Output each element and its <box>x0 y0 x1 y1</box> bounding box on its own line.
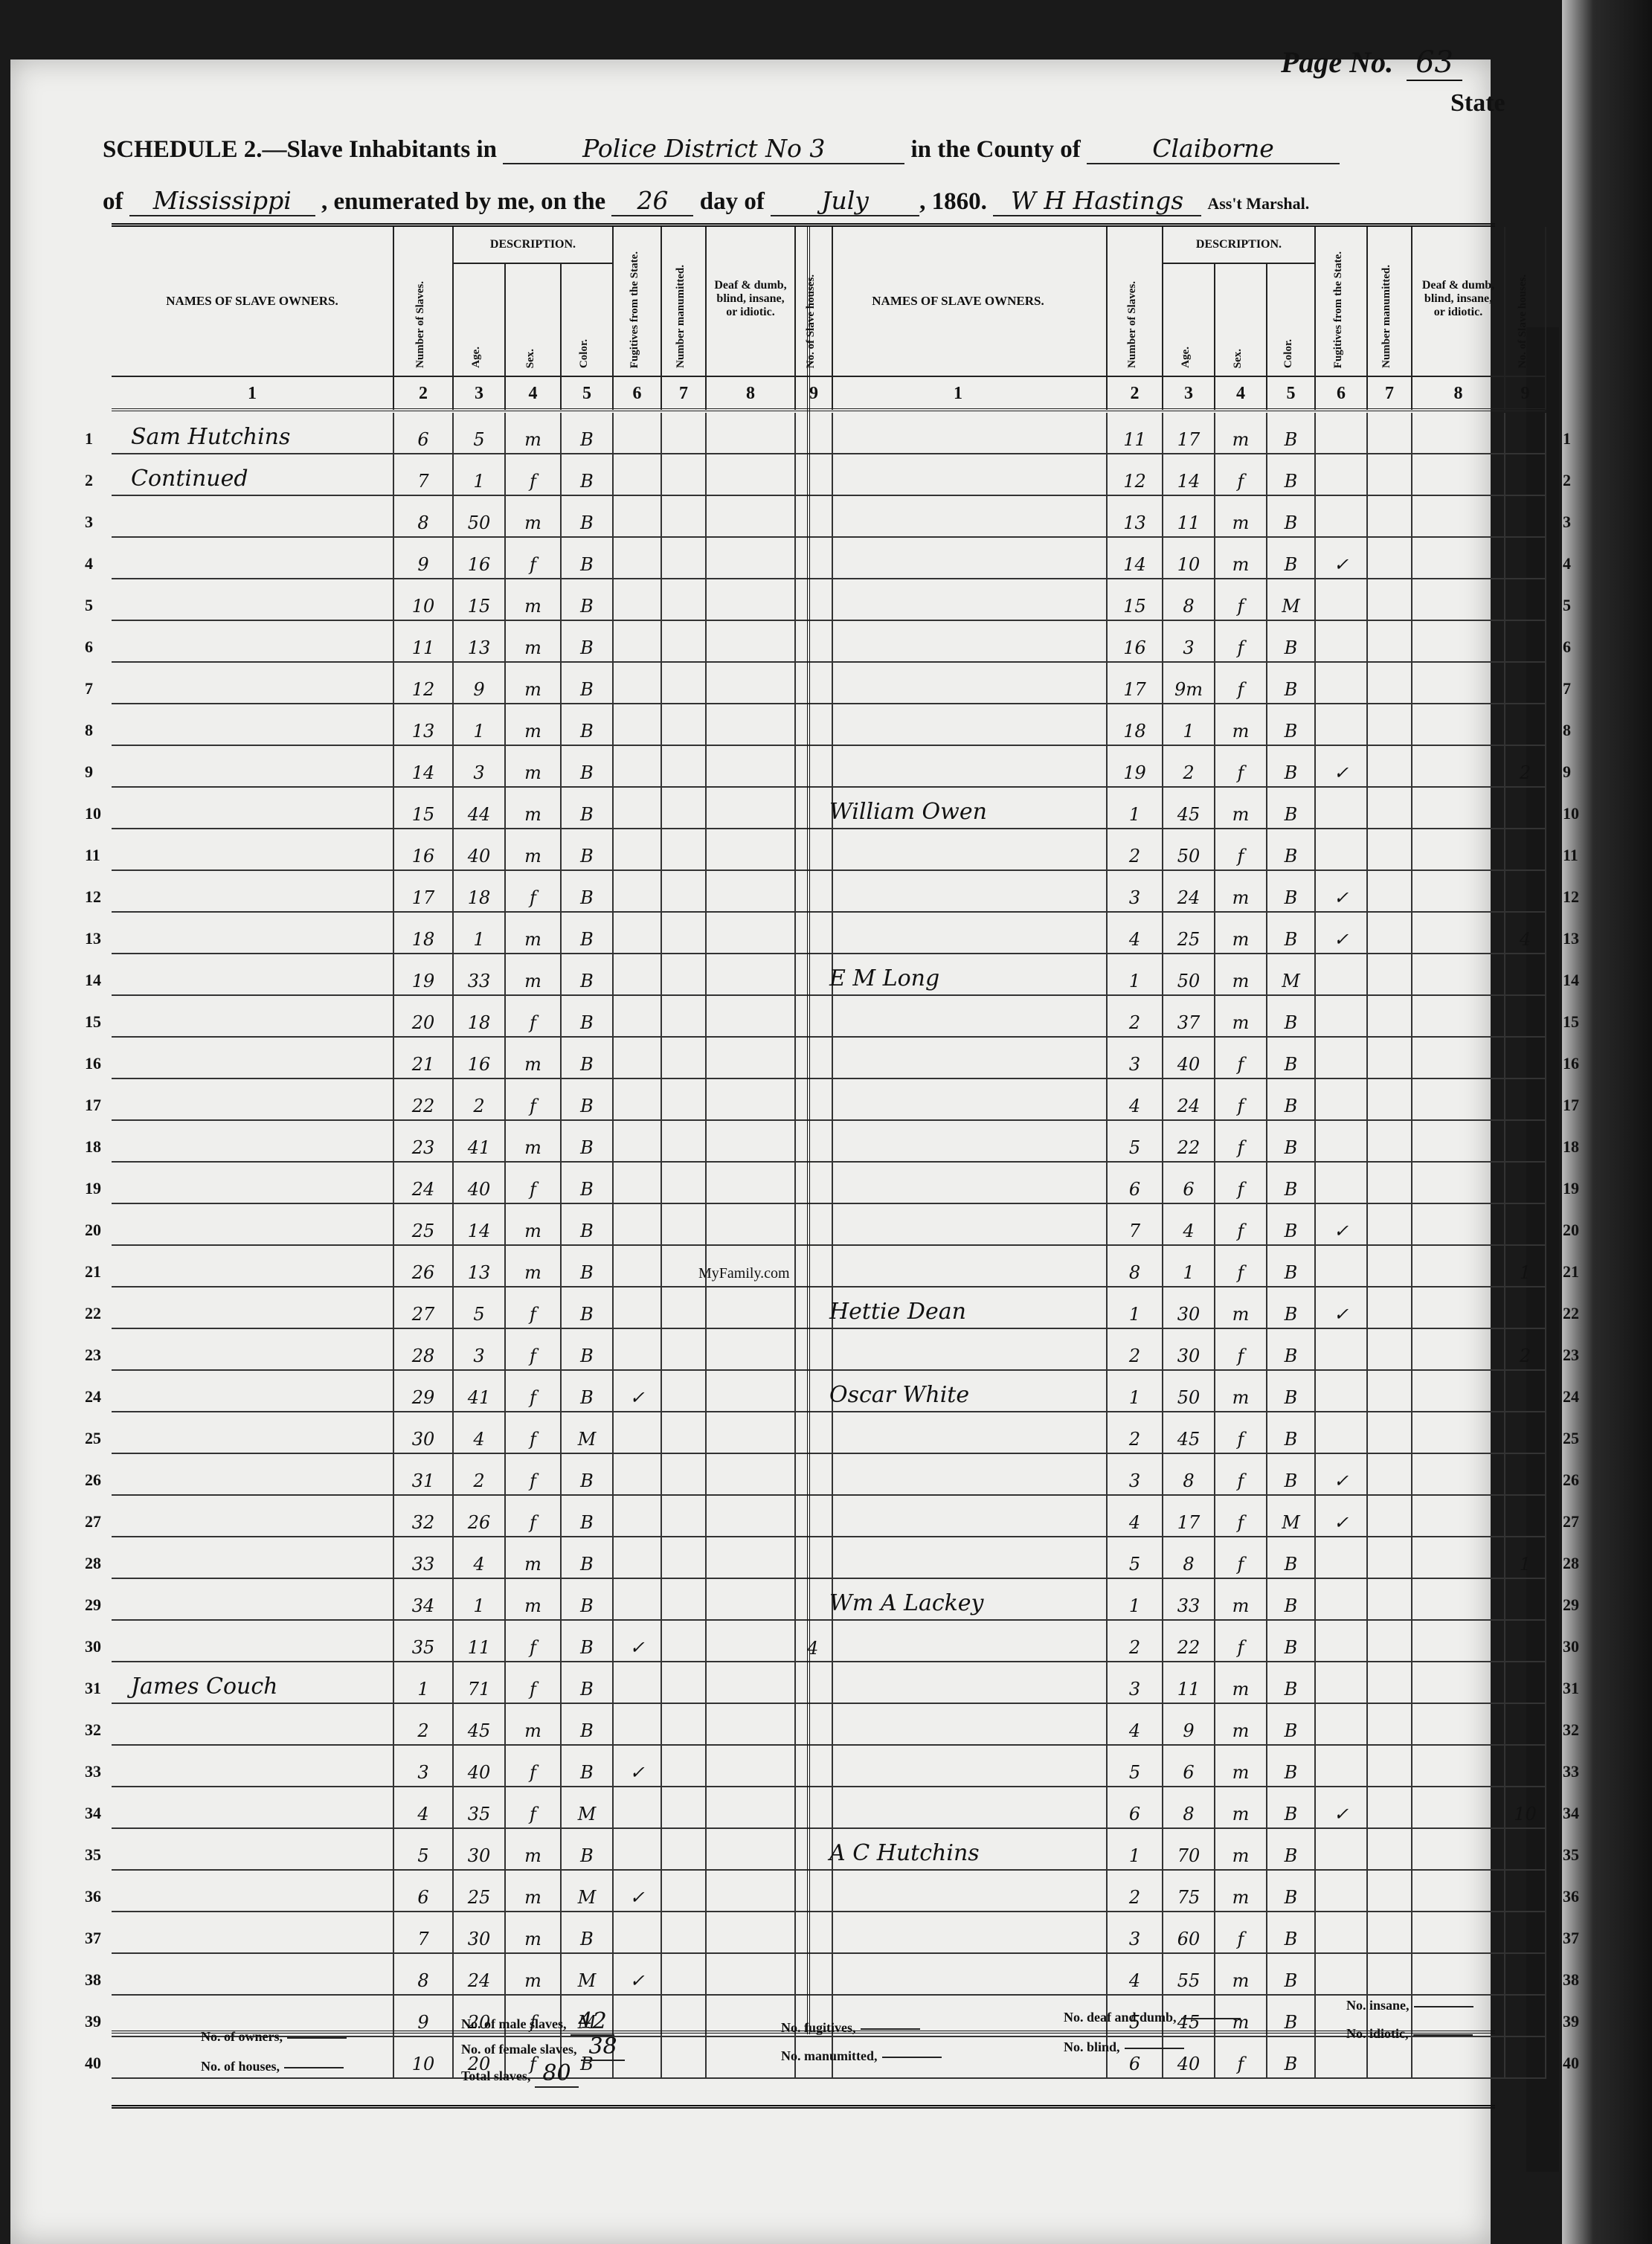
line-number: 40 <box>1563 2054 1579 2073</box>
cell-num: 4 <box>1108 1704 1163 1744</box>
column-header-label: Fugitives from the State. <box>1332 251 1345 368</box>
cell-age: 60 <box>1163 1912 1215 1952</box>
line-number: 10 <box>1563 804 1579 823</box>
line-number: 6 <box>1563 637 1571 657</box>
cell-fug <box>1316 1579 1368 1619</box>
cell-age: 3 <box>454 1329 506 1369</box>
table-row: 850mB <box>112 496 833 538</box>
line-number: 25 <box>85 1429 101 1448</box>
column-header-label: Age. <box>1180 347 1192 368</box>
cell-age: 4 <box>1163 1204 1215 1244</box>
cell-fug <box>614 663 662 703</box>
line-number: 20 <box>85 1221 101 1240</box>
insane-value <box>1414 2006 1473 2007</box>
line-number: 14 <box>1563 971 1579 990</box>
cell-deaf <box>707 746 796 786</box>
cell-fug <box>614 1579 662 1619</box>
cell-sex: f <box>1215 1121 1267 1161</box>
table-row: A C Hutchins170mB <box>810 1829 1546 1871</box>
cell-deaf <box>1412 746 1505 786</box>
cell-num: 1 <box>1108 1829 1163 1869</box>
cell-manu <box>1368 1787 1412 1827</box>
cell-manu <box>1368 788 1412 828</box>
cell-owner <box>810 1496 1108 1536</box>
cell-age: 40 <box>1163 1038 1215 1078</box>
cell-fug <box>1316 663 1368 703</box>
cell-owner <box>810 1121 1108 1161</box>
cell-fug: ✓ <box>1316 913 1368 953</box>
cell-owner <box>810 746 1108 786</box>
cell-deaf <box>1412 954 1505 994</box>
cell-houses <box>1505 1704 1546 1744</box>
table-row: 3226fB <box>112 1496 833 1537</box>
margin-note: 4 <box>807 1638 818 1659</box>
deaf-label: No. deaf and dumb, <box>1064 2010 1177 2025</box>
cell-owner: Oscar White <box>810 1371 1108 1411</box>
cell-color: B <box>562 1579 614 1619</box>
blind-value <box>1125 2048 1184 2049</box>
cell-manu <box>662 1787 707 1827</box>
line-number: 16 <box>85 1054 101 1073</box>
cell-deaf <box>1412 1038 1505 1078</box>
cell-fug <box>1316 1121 1368 1161</box>
cell-sex: f <box>1215 454 1267 495</box>
cell-fug <box>614 579 662 620</box>
cell-deaf <box>707 1287 796 1328</box>
cell-num: 27 <box>394 1287 454 1328</box>
cell-fug <box>614 1204 662 1244</box>
cell-houses <box>1505 2037 1546 2077</box>
cell-num: 5 <box>1108 1537 1163 1578</box>
cell-houses <box>1505 1912 1546 1952</box>
column-number: 1 <box>810 377 1108 410</box>
cell-num: 8 <box>394 496 454 536</box>
line-number: 21 <box>85 1262 101 1282</box>
cell-houses <box>1505 1621 1546 1661</box>
column-header-label: Sex. <box>524 349 537 368</box>
cell-fug: ✓ <box>1316 1454 1368 1494</box>
cell-owner <box>112 496 394 536</box>
cell-age: 50 <box>1163 829 1215 869</box>
cell-owner <box>112 788 394 828</box>
column-header-manumitted: Number manumitted. <box>662 227 707 376</box>
column-header-label: Fugitives from the State. <box>629 251 641 368</box>
cell-manu <box>1368 1454 1412 1494</box>
line-number: 35 <box>1563 1845 1579 1865</box>
marshal-field: W H Hastings <box>993 186 1201 216</box>
line-number: 22 <box>1563 1304 1579 1323</box>
cell-color: B <box>1267 871 1316 911</box>
cell-fug <box>1316 996 1368 1036</box>
cell-color: B <box>1267 829 1316 869</box>
cell-num: 2 <box>1108 1412 1163 1453</box>
cell-age: 11 <box>454 1621 506 1661</box>
cell-age: 50 <box>1163 954 1215 994</box>
cell-fug <box>614 1662 662 1703</box>
cell-deaf <box>707 1371 796 1411</box>
cell-num: 6 <box>1108 1787 1163 1827</box>
cell-sex: m <box>506 788 562 828</box>
cell-deaf <box>1412 579 1505 620</box>
cell-color: B <box>562 1163 614 1203</box>
cell-sex: f <box>506 1496 562 1536</box>
cell-num: 20 <box>394 996 454 1036</box>
cell-deaf <box>1412 1787 1505 1827</box>
cell-sex: m <box>506 663 562 703</box>
cell-houses <box>1505 1412 1546 1453</box>
cell-owner <box>112 996 394 1036</box>
line-number: 15 <box>85 1012 101 1032</box>
cell-deaf <box>707 1537 796 1578</box>
total-value: 80 <box>535 2060 578 2088</box>
cell-num: 34 <box>394 1579 454 1619</box>
cell-num: 7 <box>394 454 454 495</box>
deaf-value <box>1181 2018 1241 2019</box>
cell-sex: f <box>506 1371 562 1411</box>
cell-age: 8 <box>1163 1787 1215 1827</box>
cell-deaf <box>1412 1329 1505 1369</box>
column-header-deaf: Deaf & dumb, blind, insane, or idiotic. <box>1412 227 1505 376</box>
cell-deaf <box>1412 1287 1505 1328</box>
idiotic-value <box>1413 2034 1473 2036</box>
cell-manu <box>1368 1496 1412 1536</box>
cell-manu <box>1368 1579 1412 1619</box>
cell-manu <box>1368 1621 1412 1661</box>
cell-color: B <box>1267 704 1316 745</box>
cell-age: 71 <box>454 1662 506 1703</box>
column-number: 1 <box>112 377 394 410</box>
line-number: 37 <box>85 1929 101 1948</box>
cell-owner <box>112 1454 394 1494</box>
cell-sex: m <box>506 704 562 745</box>
line-number: 30 <box>1563 1637 1579 1656</box>
table-row: 49mB <box>810 1704 1546 1746</box>
cell-manu <box>1368 1912 1412 1952</box>
cell-fug <box>614 1163 662 1203</box>
cell-manu <box>1368 1371 1412 1411</box>
cell-manu <box>662 413 707 453</box>
table-row: 304fM <box>112 1412 833 1454</box>
cell-deaf <box>1412 496 1505 536</box>
column-header-label: Deaf & dumb, blind, insane, or idiotic. <box>1418 279 1498 319</box>
cell-houses: 1 <box>1505 1537 1546 1578</box>
table-row: 245fB <box>810 1412 1546 1454</box>
cell-fug <box>614 538 662 578</box>
cell-owner <box>112 579 394 620</box>
cell-age: 1 <box>454 704 506 745</box>
cell-num: 19 <box>394 954 454 994</box>
cell-age: 9 <box>454 663 506 703</box>
cell-owner <box>112 1496 394 1536</box>
line-number: 26 <box>85 1470 101 1490</box>
cell-sex: f <box>1215 1329 1267 1369</box>
table-row: 250fB <box>810 829 1546 871</box>
cell-fug <box>1316 1371 1368 1411</box>
cell-manu <box>1368 746 1412 786</box>
cell-num: 6 <box>394 1871 454 1911</box>
cell-color: M <box>1267 954 1316 994</box>
line-number: 35 <box>85 1845 101 1865</box>
line-number: 32 <box>85 1720 101 1740</box>
cell-houses <box>1505 1079 1546 1119</box>
table-row: Hettie Dean130mB✓ <box>810 1287 1546 1329</box>
cell-sex: m <box>1215 913 1267 953</box>
line-number: 28 <box>85 1554 101 1573</box>
table-row: 2116mB <box>112 1038 833 1079</box>
table-row: 2941fB✓ <box>112 1371 833 1412</box>
column-header-color: Color. <box>562 264 614 376</box>
cell-owner <box>810 704 1108 745</box>
column-header-sex: Sex. <box>506 264 562 376</box>
line-number: 17 <box>85 1096 101 1115</box>
cell-age: 18 <box>454 871 506 911</box>
cell-fug <box>1316 621 1368 661</box>
cell-color: B <box>562 1038 614 1078</box>
cell-color: B <box>1267 1204 1316 1244</box>
of-label: of <box>103 188 123 215</box>
cell-age: 6 <box>1163 1746 1215 1786</box>
total-label: Total slaves, <box>461 2068 530 2083</box>
cell-color: B <box>1267 1121 1316 1161</box>
cell-deaf <box>707 1787 796 1827</box>
cell-age: 40 <box>454 1163 506 1203</box>
line-number: 12 <box>85 887 101 907</box>
cell-fug <box>1316 788 1368 828</box>
cell-manu <box>1368 454 1412 495</box>
cell-fug <box>614 1454 662 1494</box>
cell-manu <box>1368 1704 1412 1744</box>
cell-houses <box>1505 1954 1546 1994</box>
day-of-label: day of <box>700 188 765 215</box>
cell-color: B <box>562 1621 614 1661</box>
cell-manu <box>662 1871 707 1911</box>
cell-color: B <box>1267 1412 1316 1453</box>
cell-manu <box>1368 1954 1412 1994</box>
cell-manu <box>662 1912 707 1952</box>
cell-age: 17 <box>1163 413 1215 453</box>
cell-color: B <box>1267 996 1316 1036</box>
cell-sex: m <box>506 829 562 869</box>
cell-owner <box>112 1787 394 1827</box>
cell-sex: m <box>506 1537 562 1578</box>
table-row: 74fB✓ <box>810 1204 1546 1246</box>
table-row: 455mB <box>810 1954 1546 1996</box>
cell-color: B <box>1267 1787 1316 1827</box>
cell-age: 9m <box>1163 663 1215 703</box>
cell-fug <box>1316 579 1368 620</box>
column-number: 7 <box>1368 377 1412 410</box>
cell-deaf <box>707 1662 796 1703</box>
cell-age: 24 <box>1163 871 1215 911</box>
cell-sex: m <box>1215 1287 1267 1328</box>
cell-deaf <box>707 1579 796 1619</box>
cell-sex: m <box>506 1871 562 1911</box>
column-number: 5 <box>562 377 614 410</box>
cell-age: 11 <box>1163 1662 1215 1703</box>
cell-num: 3 <box>1108 1038 1163 1078</box>
cell-fug <box>614 1412 662 1453</box>
cell-color: B <box>1267 413 1316 453</box>
page-no-label: Page No. <box>1281 45 1393 79</box>
cell-sex: m <box>506 1704 562 1744</box>
table-row: 2514mB <box>112 1204 833 1246</box>
column-number: 3 <box>454 377 506 410</box>
cell-num: 16 <box>394 829 454 869</box>
cell-color: B <box>562 1246 614 1286</box>
cell-num: 4 <box>1108 1954 1163 1994</box>
cell-age: 1 <box>454 1579 506 1619</box>
cell-color: M <box>562 1871 614 1911</box>
cell-owner <box>112 663 394 703</box>
cell-age: 4 <box>454 1537 506 1578</box>
table-row: 334mB <box>112 1537 833 1579</box>
column-header-label: Number manumitted. <box>675 265 687 368</box>
cell-houses <box>1505 1579 1546 1619</box>
cell-sex: m <box>1215 1704 1267 1744</box>
cell-manu <box>1368 871 1412 911</box>
cell-manu <box>662 829 707 869</box>
cell-sex: f <box>1215 579 1267 620</box>
cell-manu <box>1368 538 1412 578</box>
cell-fug: ✓ <box>1316 1204 1368 1244</box>
cell-houses <box>1505 496 1546 536</box>
cell-owner: A C Hutchins <box>810 1829 1108 1869</box>
column-header-color: Color. <box>1267 264 1316 376</box>
line-number: 6 <box>85 637 93 657</box>
cell-sex: f <box>1215 1621 1267 1661</box>
cell-fug <box>1316 954 1368 994</box>
cell-owner <box>810 1746 1108 1786</box>
cell-fug <box>1316 1246 1368 1286</box>
cell-owner <box>810 1954 1108 1994</box>
cell-manu <box>662 621 707 661</box>
cell-manu <box>1368 996 1412 1036</box>
table-row: 68mB✓10 <box>810 1787 1546 1829</box>
cell-color: B <box>562 621 614 661</box>
line-number: 27 <box>1563 1512 1579 1531</box>
column-header-label: No. of Slave houses. <box>1517 274 1529 368</box>
cell-owner <box>810 829 1108 869</box>
cell-deaf <box>1412 1371 1505 1411</box>
line-number: 26 <box>1563 1470 1579 1490</box>
cell-sex: m <box>506 1912 562 1952</box>
cell-age: 14 <box>454 1204 506 1244</box>
cell-age: 9 <box>1163 1704 1215 1744</box>
line-number: 13 <box>1563 929 1579 948</box>
cell-sex: m <box>506 579 562 620</box>
cell-num: 6 <box>394 413 454 453</box>
cell-color: B <box>1267 913 1316 953</box>
column-header-label: Deaf & dumb, blind, insane, or idiotic. <box>713 279 788 319</box>
cell-sex: f <box>1215 1537 1267 1578</box>
table-row: 56mB <box>810 1746 1546 1787</box>
cell-owner <box>112 829 394 869</box>
cell-fug: ✓ <box>614 1621 662 1661</box>
column-header-label: Age. <box>470 347 483 368</box>
cell-num: 1 <box>394 1662 454 1703</box>
table-row: 222fB <box>810 1621 1546 1662</box>
cell-owner <box>810 413 1108 453</box>
column-number: 7 <box>662 377 707 410</box>
cell-deaf <box>1412 1204 1505 1244</box>
cell-fug <box>614 704 662 745</box>
cell-owner <box>112 1038 394 1078</box>
cell-color: B <box>1267 746 1316 786</box>
cell-deaf <box>707 913 796 953</box>
cell-num: 19 <box>1108 746 1163 786</box>
cell-num: 5 <box>394 1829 454 1869</box>
cell-deaf <box>1412 1079 1505 1119</box>
cell-owner <box>810 1163 1108 1203</box>
cell-deaf <box>1412 1871 1505 1911</box>
line-number: 33 <box>1563 1762 1579 1781</box>
cell-age: 22 <box>1163 1121 1215 1161</box>
cell-color: B <box>1267 1038 1316 1078</box>
column-header-houses: No. of Slave houses. <box>1505 227 1546 376</box>
cell-manu <box>662 704 707 745</box>
table-row: 179mfB <box>810 663 1546 704</box>
cell-color: B <box>1267 1163 1316 1203</box>
cell-num: 3 <box>1108 1912 1163 1952</box>
table-row: 1311mB <box>810 496 1546 538</box>
cell-color: B <box>562 1204 614 1244</box>
table-row: 192fB✓2 <box>810 746 1546 788</box>
cell-num: 33 <box>394 1537 454 1578</box>
cell-houses: 2 <box>1505 746 1546 786</box>
cell-fug <box>1316 1537 1368 1578</box>
cell-num: 1 <box>1108 1287 1163 1328</box>
table-row: 625mM✓ <box>112 1871 833 1912</box>
cell-fug <box>1316 1163 1368 1203</box>
cell-deaf <box>707 1204 796 1244</box>
cell-sex: m <box>506 1829 562 1869</box>
column-header-age: Age. <box>1163 264 1215 376</box>
line-number: 9 <box>85 762 93 782</box>
line-number: 23 <box>85 1346 101 1365</box>
table-row: 222fB <box>112 1079 833 1121</box>
cell-num: 35 <box>394 1621 454 1661</box>
cell-deaf <box>707 1038 796 1078</box>
cell-manu <box>662 1412 707 1453</box>
table-row: 424fB <box>810 1079 1546 1121</box>
table-row: 916fB <box>112 538 833 579</box>
cell-age: 40 <box>454 829 506 869</box>
cell-houses: 2 <box>1505 1329 1546 1369</box>
cell-sex: m <box>1215 788 1267 828</box>
cell-fug <box>1316 1704 1368 1744</box>
cell-owner <box>112 1579 394 1619</box>
cell-color: B <box>1267 1079 1316 1119</box>
cell-manu <box>662 1163 707 1203</box>
cell-deaf <box>707 538 796 578</box>
cell-age: 37 <box>1163 996 1215 1036</box>
table-row: 312fB <box>112 1454 833 1496</box>
cell-manu <box>1368 1038 1412 1078</box>
blind-label: No. blind, <box>1064 2039 1120 2054</box>
cell-owner <box>810 1204 1108 1244</box>
table-row: 1933mB <box>112 954 833 996</box>
line-number: 23 <box>1563 1346 1579 1365</box>
cell-manu <box>662 996 707 1036</box>
cell-sex: m <box>1215 1746 1267 1786</box>
cell-sex: f <box>506 1621 562 1661</box>
cell-manu <box>662 1954 707 1994</box>
cell-age: 30 <box>1163 1287 1215 1328</box>
cell-deaf <box>707 663 796 703</box>
cell-color: B <box>562 788 614 828</box>
cell-manu <box>1368 954 1412 994</box>
cell-owner <box>112 704 394 745</box>
